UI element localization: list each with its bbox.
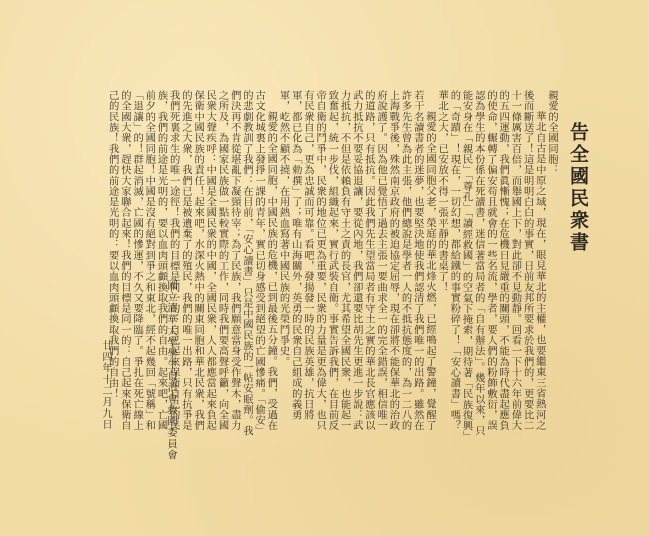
paragraph-2: 親愛的全國同胞父老，榮庭的華北烽火燃，已經鳴起了警鐘，覺醒了若干名讀書者的迷夢，…	[277, 90, 436, 440]
document-body: 親愛的全國同胞： 華北自古是中原之域，現在，眼見華北的主權，也要繼東三省熱河之後…	[88, 90, 558, 440]
salutation: 親愛的全國同胞：	[546, 90, 558, 440]
paragraph-3: 親愛的全國同胞，中國民族的危機，已到最後五分鐘。我們，受過在古文化城裏上發掙一課…	[106, 90, 277, 440]
signature: 國立清華大學學生自治會救國委員會	[164, 280, 179, 461]
paragraph-1: 華北自古是中原之域，現在，眼見華北的主權，也要繼東三省熱河之後而斷送了！這是明明…	[436, 90, 546, 440]
date: 廿四年十二月九日	[99, 340, 114, 430]
document-title: 告全國民衆書	[565, 122, 592, 254]
